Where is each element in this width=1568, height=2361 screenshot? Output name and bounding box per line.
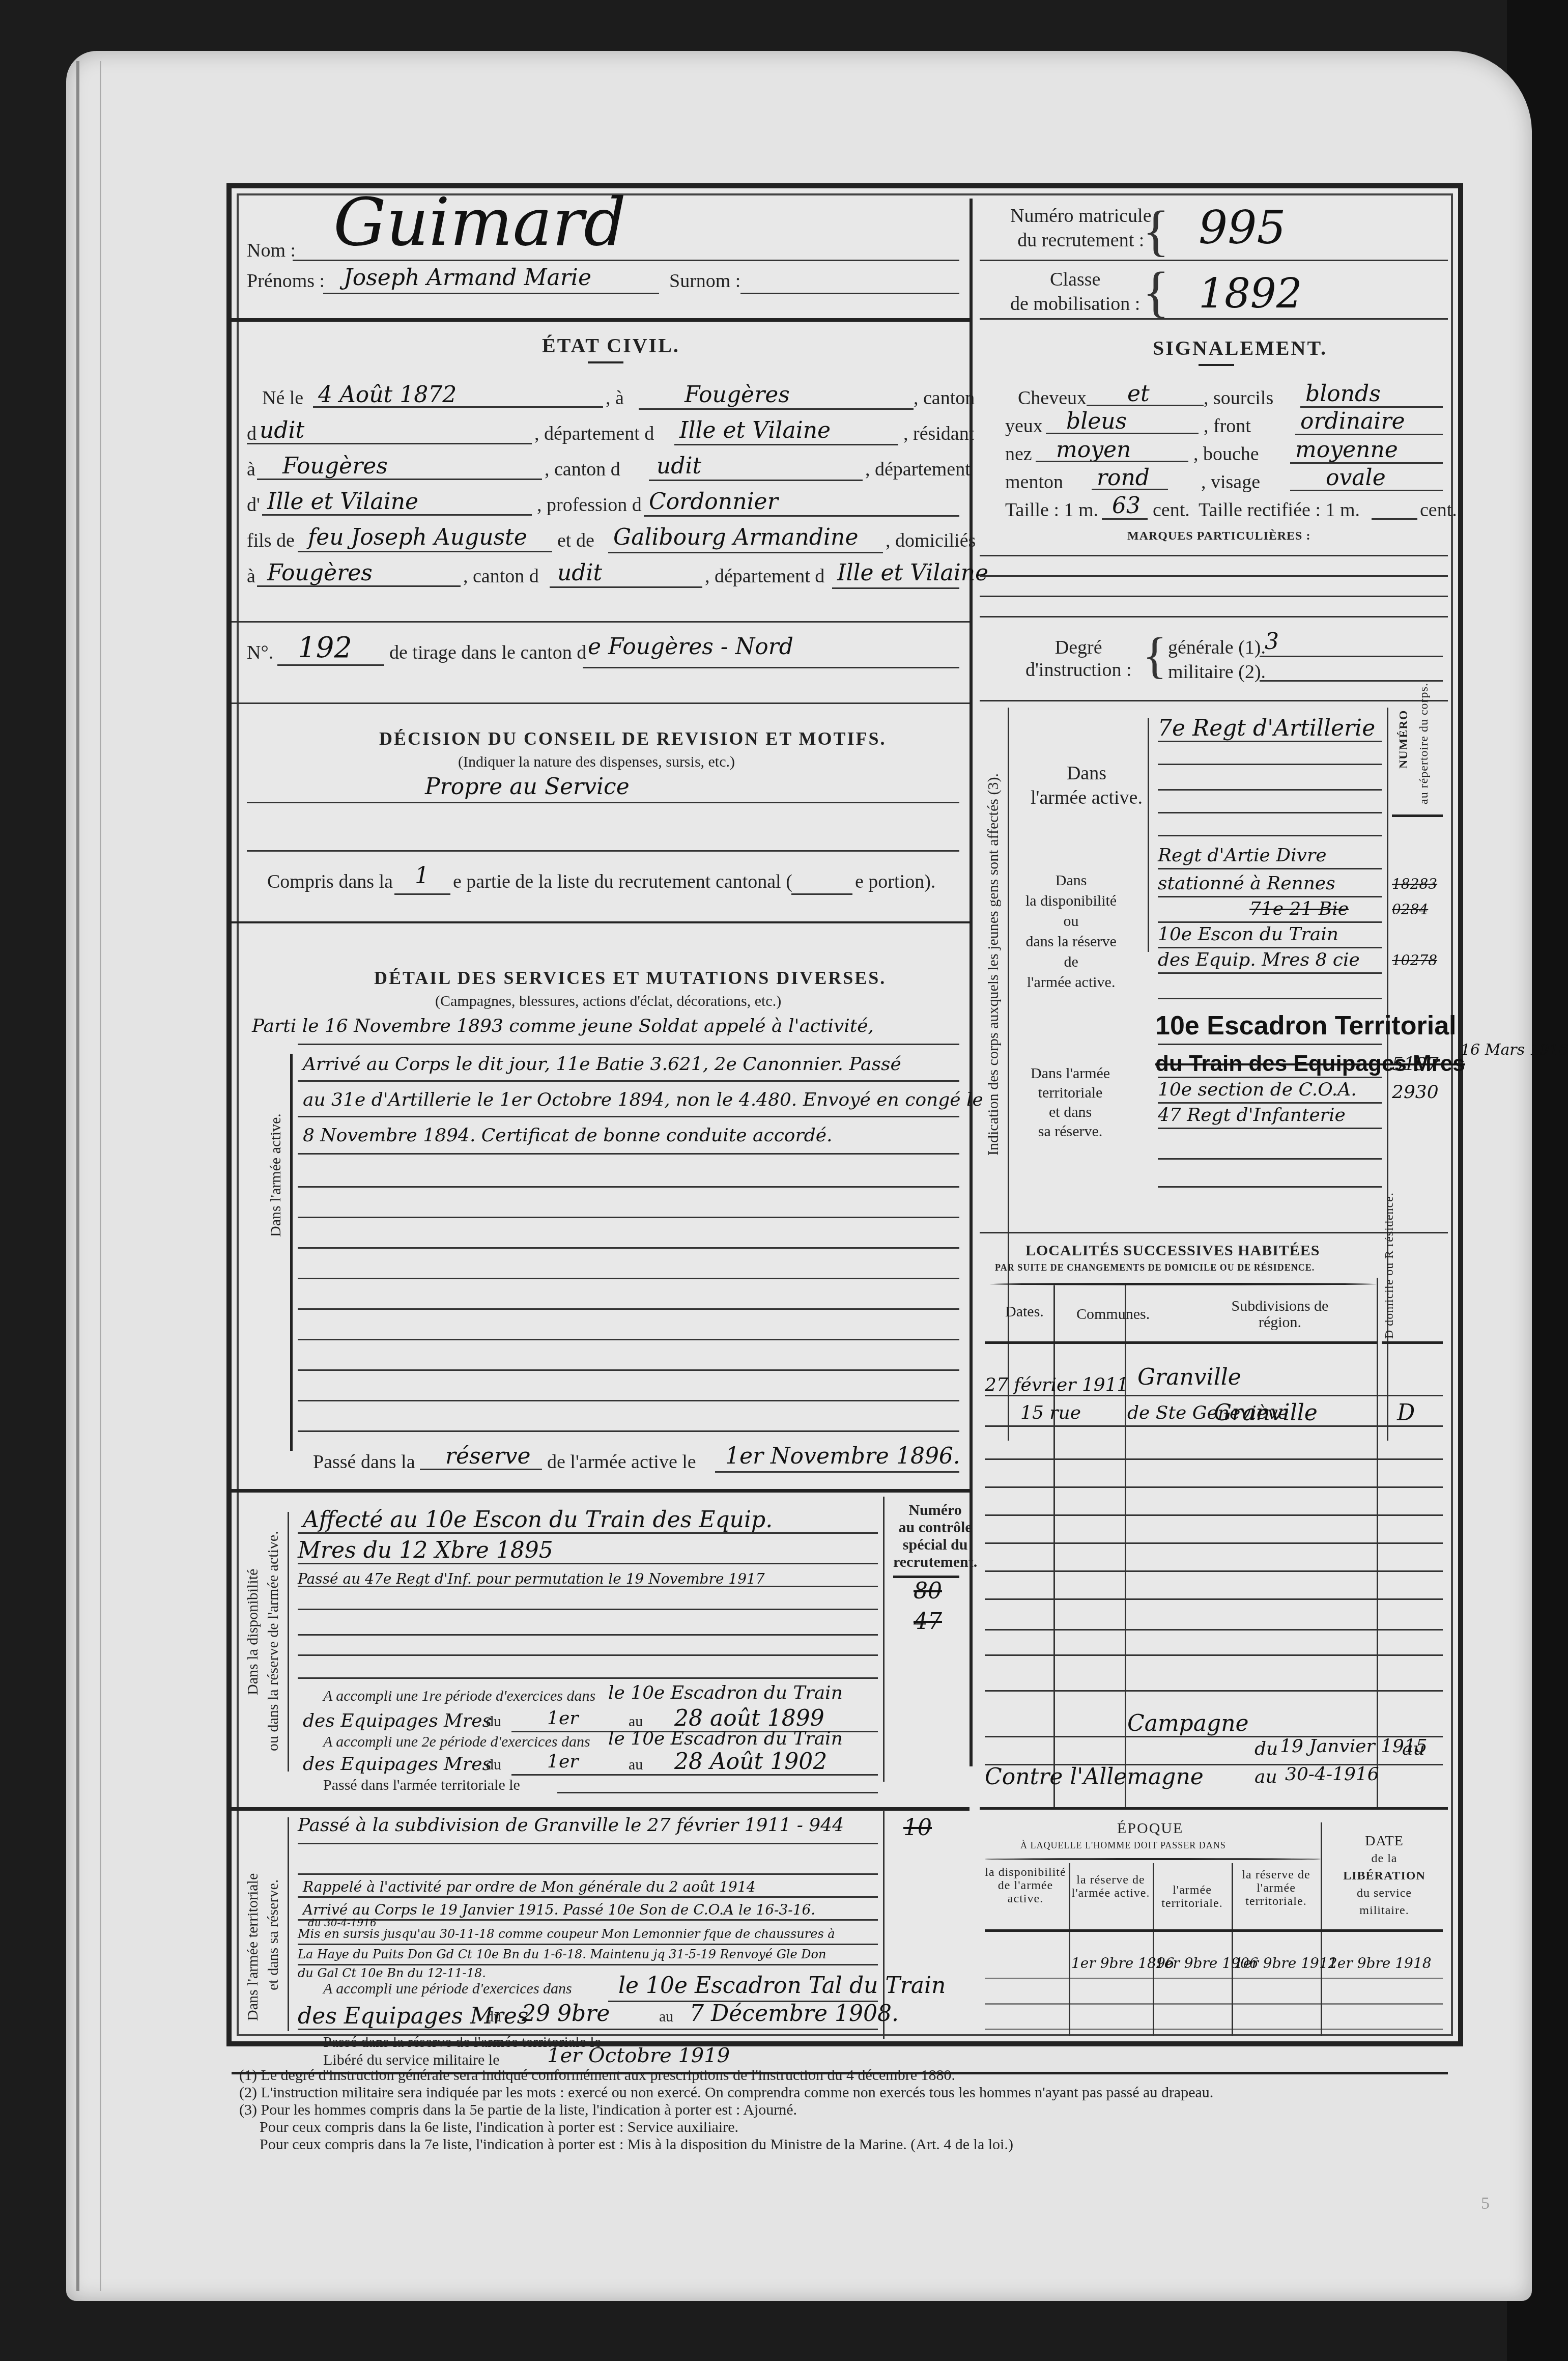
epoque-col-territoriale: l'armée territoriale. xyxy=(1155,1884,1229,1910)
line xyxy=(1102,518,1148,520)
header-line: spécial du xyxy=(893,1536,977,1554)
divider xyxy=(232,1807,970,1811)
domicilies-label: , domiciliés xyxy=(886,529,976,552)
line xyxy=(1158,998,1382,999)
margin-note: 16 Mars 1916 xyxy=(1461,1041,1568,1059)
corps-vertical-label: Indication des corps auxquels les jeunes… xyxy=(985,773,1002,1156)
tirage-no-label: N°. xyxy=(247,641,273,664)
line xyxy=(1158,868,1382,869)
line xyxy=(1372,518,1417,520)
bouche-value: moyenne xyxy=(1295,437,1398,463)
line xyxy=(277,664,384,666)
periode-terr-au: 7 Décembre 1908. xyxy=(690,2001,899,2027)
residant-label: , résidant xyxy=(903,423,974,445)
active-line-3: au 31e d'Artillerie le 1er Octobre 1894,… xyxy=(303,1089,983,1110)
dispo-line-2: Mres du 12 Xbre 1895 xyxy=(298,1537,553,1563)
line xyxy=(247,802,959,803)
militaire-label: militaire (2). xyxy=(1168,661,1266,683)
line xyxy=(1295,434,1443,435)
periode-terr-du: 29 9bre xyxy=(522,2001,610,2027)
dispo-section-label-1: Dans la disponibilité xyxy=(244,1569,262,1695)
header-rule xyxy=(985,1929,1443,1932)
canton-label: , canton xyxy=(914,387,975,409)
line xyxy=(985,1425,1443,1427)
divider xyxy=(232,921,970,923)
line xyxy=(1158,972,1382,974)
line xyxy=(298,1634,878,1636)
et-de-label: et de xyxy=(557,529,594,552)
divider xyxy=(232,318,970,322)
corps-brace xyxy=(1008,708,1009,1441)
terr-line-4: Mis en sursis jusqu'au 30-11-18 comme co… xyxy=(298,1927,835,1941)
line xyxy=(1260,656,1443,657)
active-corps-value: 7e Regt d'Artillerie xyxy=(1158,715,1375,741)
label-line: l'armée active. xyxy=(1031,785,1143,810)
dispo-corps-line-1: Regt d'Artie Divre xyxy=(1158,845,1326,866)
line xyxy=(608,552,883,553)
label-line: Degré xyxy=(1025,636,1131,659)
line xyxy=(298,1369,959,1371)
line xyxy=(583,667,959,668)
line xyxy=(511,1774,878,1776)
residant-a-label: à xyxy=(247,458,255,481)
instruction-label: Degré d'instruction : xyxy=(1025,636,1131,681)
mother-name: Galibourg Armandine xyxy=(613,524,858,550)
tirage-number: 192 xyxy=(298,631,352,664)
line xyxy=(1158,921,1382,923)
campagne-du-label: du xyxy=(1255,1738,1278,1759)
prenoms-value: Joseph Armand Marie xyxy=(344,265,591,291)
line xyxy=(715,1471,959,1473)
line xyxy=(1290,490,1443,491)
compris-suffix: e partie de la liste du recrutement cant… xyxy=(453,870,792,893)
line xyxy=(980,616,1448,617)
terr-line-5: La Haye du Puits Don Gd Ct 10e Bn du 1-6… xyxy=(298,1947,826,1961)
localite-row-1-date: 27 février 1911 xyxy=(985,1374,1129,1395)
line xyxy=(1300,406,1443,408)
line xyxy=(298,1896,878,1898)
line xyxy=(1158,1186,1382,1188)
matricule-label: Numéro matricule du recrutement : xyxy=(1010,204,1152,252)
line xyxy=(985,1514,1443,1516)
services-title: DÉTAIL DES SERVICES ET MUTATIONS DIVERSE… xyxy=(374,967,886,989)
header-rule xyxy=(985,1341,1377,1344)
label-line: Dans xyxy=(1025,870,1117,891)
campagne-au-2: au xyxy=(1402,1738,1425,1759)
line xyxy=(1092,489,1168,490)
periode-terr-au-label: au xyxy=(659,2008,673,2026)
line xyxy=(257,585,461,587)
line xyxy=(298,1654,878,1656)
terr-line-1: Passé à la subdivision de Granville le 2… xyxy=(298,1815,844,1836)
line xyxy=(1290,462,1443,464)
dispo-brace xyxy=(288,1512,289,1772)
line xyxy=(791,893,852,895)
dispo-section-label-2: ou dans la réserve de l'armée active. xyxy=(265,1531,282,1751)
col-communes: Communes. xyxy=(1076,1306,1150,1323)
nez-label: nez xyxy=(1005,443,1032,465)
territorial-stamp-1: 10e Escadron Territorial xyxy=(1155,1010,1457,1041)
line xyxy=(985,1458,1443,1460)
fils-de-label: fils de xyxy=(247,529,295,552)
line xyxy=(1158,896,1382,897)
surnom-label: Surnom : xyxy=(669,270,740,292)
passe-reserve-date: 1er Novembre 1896. xyxy=(725,1443,960,1469)
residant-dept-prefix: d' xyxy=(247,494,260,516)
line xyxy=(980,555,1448,556)
page-number: 5 xyxy=(1481,2194,1490,2213)
active-line-4: 8 Novembre 1894. Certificat de bonne con… xyxy=(303,1125,832,1146)
line xyxy=(298,551,552,552)
visage-value: ovale xyxy=(1326,465,1386,491)
active-brace xyxy=(1148,718,1149,952)
terr-line-3: Arrivé au Corps le 19 Janvier 1915. Pass… xyxy=(303,1901,815,1918)
epoque-brace xyxy=(985,1858,1321,1860)
divider xyxy=(232,702,970,704)
line xyxy=(298,1843,878,1844)
epoque-col-reserve: la réserve de l'armée active. xyxy=(1071,1873,1150,1900)
taille-label: Taille : 1 m. xyxy=(1005,499,1098,521)
col-subdivisions: Subdivisions de région. xyxy=(1209,1298,1351,1331)
active-line-1: Parti le 16 Novembre 1893 comme jeune So… xyxy=(252,1016,874,1036)
terr-brace xyxy=(288,1817,289,2031)
line xyxy=(985,1486,1443,1488)
line xyxy=(298,1153,959,1155)
brace: { xyxy=(1143,260,1170,324)
etat-civil-title: ÉTAT CIVIL. xyxy=(542,333,680,357)
dispo-corps-line-2: stationné à Rennes xyxy=(1158,873,1335,894)
line xyxy=(298,1919,878,1921)
nez-value: moyen xyxy=(1056,437,1131,463)
line xyxy=(1158,835,1382,836)
terr-line-2: Rappelé à l'activité par ordre de Mon gé… xyxy=(303,1878,756,1895)
liberation-label: DATE de la LIBÉRATION du service militai… xyxy=(1326,1833,1443,1919)
line xyxy=(298,1339,959,1340)
divider xyxy=(980,700,1448,701)
generale-value: 3 xyxy=(1265,629,1279,655)
line xyxy=(298,1944,878,1945)
page-stack-edge xyxy=(76,61,101,2291)
controle-value-2: 47 xyxy=(914,1609,942,1635)
divider xyxy=(980,1232,1448,1233)
label-line: d'instruction : xyxy=(1025,659,1131,681)
birth-canton: udit xyxy=(260,417,304,443)
line xyxy=(1158,1158,1382,1160)
terr-section-label-2: et dans sa réserve. xyxy=(265,1879,282,1990)
footnote-1: (1) Le degré d'instruction générale sera… xyxy=(239,2067,1435,2084)
periode-terr-label: A accompli une période d'exercices dans xyxy=(323,1980,572,1998)
line xyxy=(980,575,1448,577)
label-line: et dans xyxy=(1031,1103,1110,1122)
yeux-label: yeux xyxy=(1005,415,1043,437)
line xyxy=(298,1586,878,1587)
title-dash xyxy=(588,361,623,363)
epoque-title: ÉPOQUE xyxy=(1117,1820,1183,1837)
brace: { xyxy=(1143,199,1170,263)
passe-territoriale-label: Passé dans l'armée territoriale le xyxy=(323,1777,520,1794)
periode-1-du: 1er xyxy=(547,1708,578,1729)
line xyxy=(1158,947,1382,948)
divider xyxy=(980,1807,1448,1810)
line xyxy=(832,587,959,589)
active-section-label: Dans l'armée active. xyxy=(267,1113,284,1237)
divider xyxy=(232,1489,970,1493)
taille-value: 63 xyxy=(1112,493,1141,519)
line xyxy=(985,2003,1443,2005)
cheveux-value: et xyxy=(1127,381,1150,407)
taille-rectifiee-cent: cent. xyxy=(1420,499,1457,521)
birth-place: Fougères xyxy=(685,382,790,408)
line xyxy=(313,406,603,408)
line xyxy=(298,1964,878,1965)
dispo-label: Dans la disponibilité ou dans la réserve… xyxy=(1025,870,1117,993)
line xyxy=(985,1598,1443,1600)
active-brace xyxy=(290,1054,293,1451)
periode-2-du: 1er xyxy=(547,1751,578,1772)
line xyxy=(298,1677,878,1679)
epoque-col-dispo: la disponibilité de l'armée active. xyxy=(985,1866,1066,1905)
line xyxy=(985,1654,1443,1656)
portion-suffix: e portion). xyxy=(855,870,935,893)
territoriale-label: Dans l'armée territoriale et dans sa rés… xyxy=(1031,1064,1110,1141)
services-subtitle: (Campagnes, blessures, actions d'éclat, … xyxy=(435,993,781,1010)
libere-label: Libéré du service militaire le xyxy=(323,2051,500,2069)
line xyxy=(298,1308,959,1310)
label-line: dans la réserve xyxy=(1025,932,1117,952)
line xyxy=(639,408,914,410)
controle-value-1: 80 xyxy=(914,1578,942,1604)
footnote-3b: Pour ceux compris dans la 6e liste, l'in… xyxy=(239,2119,1435,2136)
line xyxy=(1158,1102,1382,1104)
periode-terr-du-label: du xyxy=(486,2008,501,2026)
sourcils-value: blonds xyxy=(1305,381,1381,407)
line xyxy=(1158,789,1382,791)
a-label: , à xyxy=(606,387,624,409)
line xyxy=(394,893,450,895)
terr-section-label-1: Dans l'armée territoriale xyxy=(244,1873,262,2021)
passe-reserve-suffix: de l'armée active le xyxy=(547,1451,696,1473)
line xyxy=(298,1278,959,1279)
divider xyxy=(1392,814,1443,817)
domicile-a-label: à xyxy=(247,565,255,587)
dispo-line-1: Affecté au 10e Escon du Train des Equip. xyxy=(303,1507,773,1533)
line xyxy=(298,1532,878,1534)
line xyxy=(644,515,959,517)
line xyxy=(985,1629,1443,1631)
taille-rectifiee-label: Taille rectifiée : 1 m. xyxy=(1199,499,1360,521)
line xyxy=(1158,812,1382,813)
label-line: Numéro matricule xyxy=(1010,204,1152,228)
father-name: feu Joseph Auguste xyxy=(308,524,527,550)
surnom-line xyxy=(740,293,959,294)
terr-num-struck: 10 xyxy=(903,1815,932,1841)
divider xyxy=(232,621,970,623)
periode-2-unit: le 10e Escadron du Train xyxy=(608,1728,843,1749)
classe-label: Classe de mobilisation : xyxy=(1010,267,1140,316)
header-line: au contrôle xyxy=(893,1519,977,1536)
periode-2-du-label: du xyxy=(486,1756,501,1774)
dispo-line-3: Passé au 47e Regt d'Inf. pour permutatio… xyxy=(298,1570,765,1587)
line xyxy=(298,1217,959,1218)
matricule-value: 995 xyxy=(1199,201,1286,255)
label-line: du service xyxy=(1326,1885,1443,1902)
footnotes: (1) Le degré d'instruction générale sera… xyxy=(239,2067,1435,2153)
signalement-title: SIGNALEMENT. xyxy=(1153,336,1327,360)
line xyxy=(985,1690,1443,1692)
bouche-label: , bouche xyxy=(1193,443,1259,465)
numero-label-2: au répertoire du corps. xyxy=(1417,683,1431,804)
line xyxy=(298,1186,959,1188)
departement-label: , département d xyxy=(534,423,654,445)
line xyxy=(298,1609,878,1610)
residant-canton-label: , canton d xyxy=(545,458,620,481)
campagne-value: Contre l'Allemagne xyxy=(985,1764,1204,1790)
header-line: Numéro xyxy=(893,1502,977,1519)
menton-value: rond xyxy=(1097,465,1150,491)
dispo-corps-num-3: 10278 xyxy=(1392,952,1437,969)
epoque-subtitle: À LAQUELLE L'HOMME DOIT PASSER DANS xyxy=(1020,1840,1226,1851)
line xyxy=(674,444,898,445)
label-line: territoriale xyxy=(1031,1083,1110,1103)
tirage-label: de tirage dans le canton d xyxy=(389,641,586,664)
localites-brace xyxy=(990,1283,1377,1285)
localite-row-2-dr: D xyxy=(1397,1400,1415,1426)
periode-1-unit: le 10e Escadron du Train xyxy=(608,1682,843,1703)
parents-canton: udit xyxy=(557,560,602,586)
profession-value: Cordonnier xyxy=(649,489,778,515)
localite-row-2-date: 15 rue xyxy=(1020,1402,1081,1423)
tirage-canton: e Fougères - Nord xyxy=(588,634,793,660)
col-divider xyxy=(1125,1285,1126,1810)
dispo-corps-num-1: 18283 xyxy=(1392,876,1437,892)
passe-reserve-value: réserve xyxy=(445,1443,531,1469)
footnote-3c: Pour ceux compris dans la 7e liste, l'in… xyxy=(239,2136,1435,2153)
dispo-corps-num-2: 0284 xyxy=(1392,901,1428,918)
dispo-corps-line-4: 10e Escon du Train xyxy=(1158,924,1338,945)
active-label: Dans l'armée active. xyxy=(1031,761,1143,810)
line xyxy=(247,850,959,852)
line xyxy=(1158,1044,1382,1045)
taille-cent: cent. xyxy=(1153,499,1190,521)
col-divider xyxy=(1232,1863,1233,2036)
visage-label: , visage xyxy=(1201,471,1260,493)
label-line: Dans l'armée xyxy=(1031,1064,1110,1083)
line xyxy=(985,1570,1443,1572)
line xyxy=(298,1400,959,1401)
dispo-corps-line-3: 71e 21 Bie xyxy=(1249,898,1349,919)
line xyxy=(980,596,1448,597)
col-divider xyxy=(1069,1863,1070,2036)
sourcils-label: , sourcils xyxy=(1204,387,1273,409)
campagne-au: 30-4-1916 xyxy=(1285,1764,1379,1785)
line xyxy=(1087,405,1204,406)
line xyxy=(247,443,532,444)
periode-2-unit-2: des Equipages Mres xyxy=(303,1754,492,1775)
prenoms-line xyxy=(323,293,659,294)
label-line: l'armée active. xyxy=(1025,972,1117,993)
canton-prefix: d xyxy=(247,423,256,445)
passe-reserve-label: Passé dans la xyxy=(313,1451,415,1473)
footnote-3: (3) Pour les hommes compris dans la 5e p… xyxy=(239,2101,1435,2119)
label-line: sa réserve. xyxy=(1031,1122,1110,1141)
domicile-departement-label: , département d xyxy=(705,565,824,587)
ne-le-label: Né le xyxy=(262,387,303,409)
nom-value: Guimard xyxy=(333,183,626,261)
line xyxy=(298,1080,959,1082)
numero-label-1: NUMÉRO xyxy=(1397,710,1411,769)
label-line: la disponibilité xyxy=(1025,891,1117,911)
col-divider xyxy=(1153,1863,1154,2036)
decision-value: Propre au Service xyxy=(425,774,630,800)
front-label: , front xyxy=(1204,415,1251,437)
controle-column-divider xyxy=(883,1497,885,1782)
liberation-value: 1er 9bre 1918 xyxy=(1328,1955,1432,1972)
parents-domicile: Fougères xyxy=(267,560,373,586)
localite-row-2-subdivision: Granville xyxy=(1214,1400,1318,1426)
nom-line xyxy=(293,260,959,261)
header-rule xyxy=(1382,1341,1443,1344)
line xyxy=(985,1542,1443,1544)
line xyxy=(1260,680,1443,682)
brace: { xyxy=(1143,626,1167,685)
numero-controle-header: Numéro au contrôle spécial du recrutemen… xyxy=(893,1502,977,1571)
line xyxy=(985,1395,1443,1396)
label-line: de mobilisation : xyxy=(1010,292,1140,316)
localites-subtitle: PAR SUITE DE CHANGEMENTS DE DOMICILE OU … xyxy=(995,1262,1315,1273)
prenoms-label: Prénoms : xyxy=(247,270,325,292)
label-line: de la xyxy=(1326,1850,1443,1867)
line xyxy=(1158,1077,1382,1078)
generale-label: générale (1). xyxy=(1168,636,1266,659)
line xyxy=(550,586,702,588)
footnote-2: (2) L'instruction militaire sera indiqué… xyxy=(239,2084,1435,2101)
line xyxy=(298,1116,959,1117)
profession-label: , profession d xyxy=(537,494,642,516)
header-line: recrutement. xyxy=(893,1554,977,1571)
line xyxy=(1158,741,1382,742)
line xyxy=(257,479,542,480)
line xyxy=(298,2029,878,2030)
line xyxy=(298,1873,878,1875)
periode-1-label: A accompli une 1re période d'exercices d… xyxy=(323,1688,595,1705)
cheveux-label: Cheveux xyxy=(1018,387,1087,409)
libere-value: 1er Octobre 1919 xyxy=(547,2044,730,2067)
parents-departement: Ille et Vilaine xyxy=(837,560,988,586)
active-line-2: Arrivé au Corps le dit jour, 11e Batie 3… xyxy=(303,1054,901,1075)
line xyxy=(298,1430,959,1432)
line xyxy=(557,1792,878,1793)
residence-departement: Ille et Vilaine xyxy=(267,489,418,515)
line xyxy=(262,514,532,516)
col-divider xyxy=(1053,1285,1055,1810)
col-dr: D domicile ou R résidence. xyxy=(1383,1192,1396,1339)
line xyxy=(1046,433,1199,434)
line xyxy=(985,2029,1443,2030)
decision-subtitle: (Indiquer la nature des dispenses, sursi… xyxy=(458,753,735,771)
line xyxy=(649,480,863,481)
line xyxy=(1158,1128,1382,1129)
territorial-num-struck: 5197 xyxy=(1392,1054,1439,1075)
yeux-value: bleus xyxy=(1066,408,1127,434)
label-line: Dans xyxy=(1031,761,1143,785)
residence-canton: udit xyxy=(657,453,701,479)
line xyxy=(298,1247,959,1249)
line xyxy=(985,1978,1443,1979)
title-dash xyxy=(1199,364,1234,366)
line xyxy=(420,1469,542,1470)
dispo-corps-line-5: des Equip. Mres 8 cie xyxy=(1158,949,1360,970)
localite-row-1-commune: Granville xyxy=(1137,1364,1241,1390)
